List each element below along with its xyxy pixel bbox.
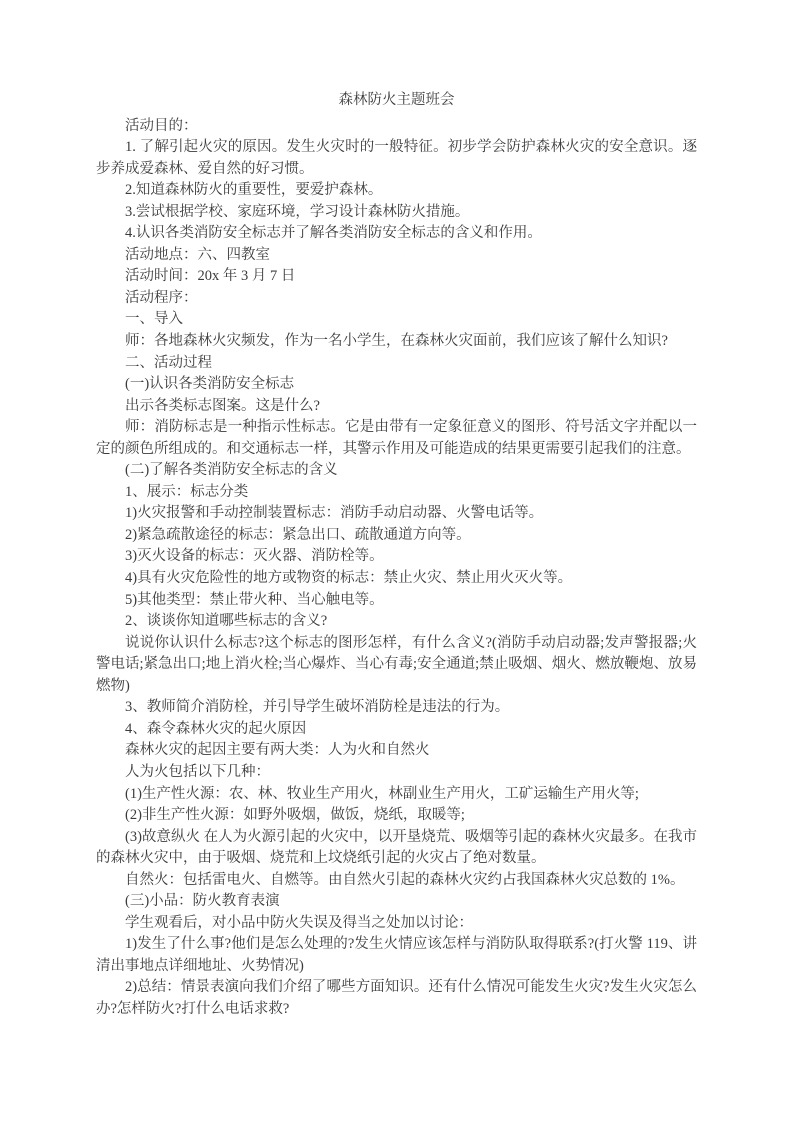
paragraph-12: (一)认识各类消防安全标志: [96, 374, 697, 396]
paragraph-21: 5)其他类型：禁止带火种、当心触电等。: [96, 590, 697, 612]
paragraph-19: 3)灭火设备的标志：灭火器、消防栓等。: [96, 546, 697, 568]
paragraph-29: (2)非生产性火源：如野外吸烟，做饭，烧纸，取暖等;: [96, 805, 697, 827]
paragraph-33: 学生观看后，对小品中防火失误及得当之处加以讨论：: [96, 913, 697, 935]
paragraph-24: 3、教师简介消防栓，并引导学生破坏消防栓是违法的行为。: [96, 697, 697, 719]
paragraph-15: (二)了解各类消防安全标志的含义: [96, 460, 697, 482]
paragraph-7: 活动时间：20x 年 3 月 7 日: [96, 266, 697, 288]
paragraph-3: 2.知道森林防火的重要性，要爱护森林。: [96, 180, 697, 202]
paragraph-23: 说说你认识什么标志?这个标志的图形怎样，有什么含义?(消防手动启动器;发声警报器…: [96, 633, 697, 698]
paragraph-31: 自然火：包括雷电火、自燃等。由自然火引起的森林火灾约占我国森林火灾总数的 1%。: [96, 870, 697, 892]
paragraph-2: 1. 了解引起火灾的原因。发生火灾时的一般特征。初步学会防护森林火灾的安全意识。…: [96, 137, 697, 180]
paragraph-28: (1)生产性火源：农、林、牧业生产用火，林副业生产用火，工矿运输生产用火等;: [96, 784, 697, 806]
paragraph-1: 活动目的：: [96, 116, 697, 138]
paragraph-13: 出示各类标志图案。这是什么?: [96, 396, 697, 418]
document-title: 森林防火主题班会: [96, 90, 697, 112]
paragraph-17: 1)火灾报警和手动控制装置标志：消防手动启动器、火警电话等。: [96, 503, 697, 525]
paragraph-18: 2)紧急疏散途径的标志：紧急出口、疏散通道方向等。: [96, 525, 697, 547]
paragraph-9: 一、导入: [96, 309, 697, 331]
paragraph-6: 活动地点：六、四教室: [96, 245, 697, 267]
paragraph-25: 4、森令森林火灾的起火原因: [96, 719, 697, 741]
paragraph-16: 1、展示：标志分类: [96, 482, 697, 504]
paragraph-8: 活动程序：: [96, 288, 697, 310]
paragraph-27: 人为火包括以下几种：: [96, 762, 697, 784]
paragraph-22: 2、谈谈你知道哪些标志的含义?: [96, 611, 697, 633]
paragraph-5: 4.认识各类消防安全标志并了解各类消防安全标志的含义和作用。: [96, 223, 697, 245]
paragraph-4: 3.尝试根据学校、家庭环境，学习设计森林防火措施。: [96, 202, 697, 224]
paragraph-10: 师：各地森林火灾频发，作为一名小学生，在森林火灾面前，我们应该了解什么知识?: [96, 331, 697, 353]
paragraph-35: 2)总结：情景表演向我们介绍了哪些方面知识。还有什么情况可能发生火灾?发生火灾怎…: [96, 977, 697, 1020]
document-page: 森林防火主题班会 活动目的：1. 了解引起火灾的原因。发生火灾时的一般特征。初步…: [0, 0, 793, 1122]
paragraph-26: 森林火灾的起因主要有两大类：人为火和自然火: [96, 740, 697, 762]
paragraph-14: 师：消防标志是一种指示性标志。它是由带有一定象征意义的图形、符号活文字并配以一定…: [96, 417, 697, 460]
paragraph-34: 1)发生了什么事?他们是怎么处理的?发生火情应该怎样与消防队取得联系?(打火警 …: [96, 934, 697, 977]
paragraph-30: (3)故意纵火 在人为火源引起的火灾中，以开垦烧荒、吸烟等引起的森林火灾最多。在…: [96, 827, 697, 870]
paragraph-11: 二、活动过程: [96, 353, 697, 375]
document-body: 活动目的：1. 了解引起火灾的原因。发生火灾时的一般特征。初步学会防护森林火灾的…: [96, 116, 697, 1021]
paragraph-20: 4)具有火灾危险性的地方或物资的标志：禁止火灾、禁止用火灭火等。: [96, 568, 697, 590]
paragraph-32: (三)小品：防火教育表演: [96, 891, 697, 913]
